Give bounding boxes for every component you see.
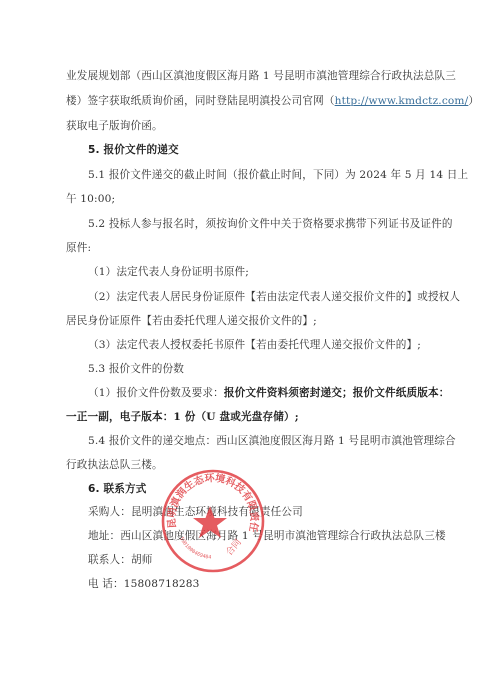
item-5-1-line-1: 5.1 报价文件递交的截止时间（报价截止时间，下同）为 2024 年 5 月 1… [88, 168, 450, 182]
item-5-2-sub-2-line-2: 居民身份证原件【若由委托代理人递交报价文件的】; [66, 314, 428, 328]
document-page: 业发展规划部（西山区滇池度假区海月路 1 号昆明市滇池管理综合行政执法总队三 楼… [0, 0, 495, 700]
item-5-4-line-2: 行政执法总队三楼。 [66, 458, 428, 472]
item-5-2-line-1: 5.2 投标人参与报名时，须按询价文件中关于资格要求携带下列证书及证件的 [88, 217, 450, 231]
intro-line-3: 获取电子版询价函。 [66, 119, 428, 133]
intro-line-2: 楼）签字获取纸质询价函，同时登陆昆明滇投公司官网（http://www.kmdc… [66, 94, 428, 108]
address-line: 地址：西山区滇池度假区海月路 1 号昆明市滇池管理综合行政执法总队三楼 [88, 529, 450, 543]
kmdctz-website-link[interactable]: http://www.kmdctz.com/ [335, 95, 469, 107]
item-5-3-sub-1-bold: 报价文件资料须密封递交；报价文件纸质版本： [224, 387, 450, 399]
contact-person-line: 联系人：胡师 [88, 553, 450, 567]
item-5-2-sub-2-line-1: （2）法定代表人居民身份证原件【若由法定代表人递交报价文件的】或授权人 [88, 290, 450, 304]
phone-line: 电 话：15808718283 [88, 577, 450, 591]
item-5-3-sub-1-prefix: （1）报价文件份数及要求： [88, 387, 224, 399]
item-5-2-line-2: 原件: [66, 241, 428, 255]
purchaser-line: 采购人：昆明滇润生态环境科技有限责任公司 [88, 505, 450, 519]
intro-line-1: 业发展规划部（西山区滇池度假区海月路 1 号昆明市滇池管理综合行政执法总队三 [66, 69, 428, 83]
item-5-1-line-2: 午 10:00; [66, 192, 428, 206]
item-5-3: 5.3 报价文件的份数 [88, 362, 450, 376]
section-5-heading: 5. 报价文件的递交 [88, 143, 450, 157]
item-5-3-sub-1-line-2: 一正一副，电子版本：1 份（U 盘或光盘存储）; [66, 410, 428, 424]
item-5-3-sub-1-line-1: （1）报价文件份数及要求：报价文件资料须密封递交；报价文件纸质版本： [88, 386, 450, 400]
intro-line-2-prefix: 楼）签字获取纸质询价函，同时登陆昆明滇投公司官网（ [66, 95, 335, 107]
item-5-2-sub-3: （3）法定代表人授权委托书原件【若由委托代理人递交报价文件的】; [88, 338, 450, 352]
seal-ring-text: 昆明滇润生态环境科技有限责任公司 [160, 468, 261, 533]
item-5-4-line-1: 5.4 报价文件的递交地点：西山区滇池度假区海月路 1 号昆明市滇池管理综合 [88, 434, 450, 448]
section-6-heading: 6. 联系方式 [88, 482, 450, 496]
intro-line-2-suffix: ） [468, 95, 479, 107]
item-5-2-sub-1: （1）法定代表人身份证明书原件; [88, 265, 450, 279]
